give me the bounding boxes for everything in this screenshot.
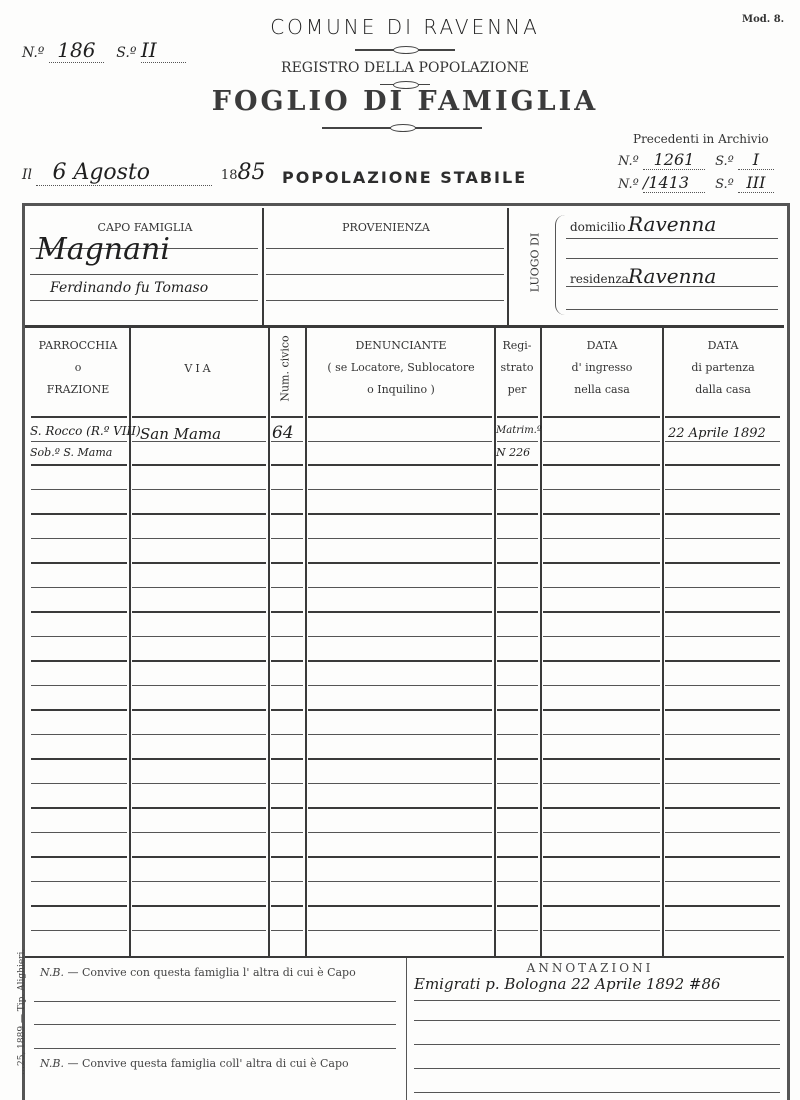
row-line — [31, 930, 127, 931]
row-line — [543, 709, 660, 711]
row-line — [31, 416, 127, 418]
row-line — [665, 660, 780, 662]
col-header-data-partenza: DATA di partenza dalla casa — [663, 335, 783, 401]
line — [414, 1092, 780, 1093]
row-line — [543, 660, 660, 662]
row-line — [308, 807, 492, 809]
row-line — [31, 709, 127, 711]
row-line — [543, 636, 660, 637]
row-line — [665, 562, 780, 564]
col-header-registrato: Regi- strato per — [494, 335, 540, 401]
row-line — [271, 930, 303, 931]
cell-registrato: Matrim.º — [496, 425, 542, 436]
row-line — [132, 660, 266, 662]
row-line — [497, 660, 538, 662]
row-line — [31, 489, 127, 490]
row-line — [497, 807, 538, 809]
row-line — [308, 513, 492, 515]
nb-label: N.B. — — [40, 1057, 79, 1070]
register-title: REGISTRO DELLA POPOLAZIONE — [205, 60, 605, 76]
line — [266, 248, 504, 249]
row-line — [271, 856, 303, 858]
row-line — [308, 441, 492, 442]
row-line — [665, 807, 780, 809]
archive-number-label: N.º — [618, 177, 639, 192]
row-line — [132, 416, 266, 418]
line — [34, 1048, 396, 1049]
row-line — [543, 856, 660, 858]
archive-title: Precedenti in Archivio — [633, 132, 769, 146]
row-line — [497, 832, 538, 833]
line — [414, 1020, 780, 1021]
row-line — [543, 464, 660, 466]
line — [266, 300, 504, 301]
date-line: Il 6 Agosto 1885 — [22, 160, 265, 186]
section-divider — [25, 956, 784, 958]
row-line — [497, 489, 538, 490]
row-line — [132, 807, 266, 809]
archive-number-label: N.º — [618, 154, 639, 169]
nb-label: N.B. — — [40, 966, 79, 979]
row-line — [665, 783, 780, 784]
row-line — [271, 538, 303, 539]
column-divider — [129, 328, 131, 956]
header-line: o Inquilino ) — [306, 379, 496, 401]
row-line — [132, 905, 266, 907]
row-line — [308, 587, 492, 588]
cell-data-partenza: 22 Aprile 1892 — [668, 426, 766, 441]
row-line — [665, 489, 780, 490]
row-line — [497, 856, 538, 858]
row-line — [497, 758, 538, 760]
cell-registrato-2: N 226 — [496, 446, 530, 459]
header-line: strato — [494, 357, 540, 379]
row-line — [132, 513, 266, 515]
row-line — [497, 464, 538, 466]
row-line — [497, 538, 538, 539]
row-line — [132, 783, 266, 784]
row-line — [271, 685, 303, 686]
header-line: d' ingresso — [541, 357, 663, 379]
row-line — [271, 758, 303, 760]
row-line — [665, 513, 780, 515]
row-line — [31, 562, 127, 564]
year-prefix: 18 — [221, 168, 238, 183]
row-line — [271, 513, 303, 515]
row-line — [31, 611, 127, 613]
row-line — [665, 441, 780, 442]
row-line — [543, 562, 660, 564]
line — [266, 274, 504, 275]
column-divider — [540, 328, 542, 956]
row-line — [308, 464, 492, 466]
row-line — [31, 758, 127, 760]
row-line — [497, 930, 538, 931]
col-header-via: VIA — [130, 358, 268, 380]
row-line — [665, 709, 780, 711]
header-line: DENUNCIANTE — [306, 335, 496, 357]
row-line — [271, 881, 303, 882]
row-line — [31, 587, 127, 588]
archive-entry: N.º /1413 S.º III — [618, 173, 774, 193]
header-line: dalla casa — [663, 379, 783, 401]
luogo-di-label: LUOGO DI — [529, 223, 542, 303]
row-line — [543, 807, 660, 809]
row-line — [543, 587, 660, 588]
row-line — [271, 905, 303, 907]
year-suffix: 85 — [237, 160, 265, 185]
row-line — [271, 587, 303, 588]
row-line — [31, 832, 127, 833]
line — [414, 1000, 780, 1001]
header-line: DATA — [663, 335, 783, 357]
row-line — [665, 905, 780, 907]
row-line — [132, 489, 266, 490]
row-line — [665, 832, 780, 833]
row-line — [31, 636, 127, 637]
row-line — [665, 416, 780, 418]
line — [30, 300, 258, 301]
row-line — [271, 734, 303, 735]
line — [414, 1044, 780, 1045]
row-line — [543, 441, 660, 442]
row-line — [497, 734, 538, 735]
row-line — [271, 611, 303, 613]
domicilio-value: Ravenna — [628, 212, 716, 236]
residenza-value: Ravenna — [628, 264, 716, 288]
nb-note-1: N.B. — Convive con questa famiglia l' al… — [40, 966, 356, 979]
series-label: S.º — [116, 45, 136, 61]
row-line — [665, 734, 780, 735]
row-line — [132, 464, 266, 466]
col-header-num-civico: Num. civico — [279, 329, 292, 409]
col-header-data-ingresso: DATA d' ingresso nella casa — [541, 335, 663, 401]
row-line — [271, 832, 303, 833]
row-line — [497, 611, 538, 613]
row-line — [543, 611, 660, 613]
form-number: N.º 186 S.º II — [22, 38, 186, 63]
header-line: ( se Locatore, Sublocatore — [306, 357, 496, 379]
ornament-divider — [322, 127, 482, 129]
column-divider — [662, 328, 664, 956]
row-line — [308, 660, 492, 662]
header-line: Regi- — [494, 335, 540, 357]
row-line — [543, 783, 660, 784]
row-line — [308, 489, 492, 490]
row-line — [543, 416, 660, 418]
domicilio-label: domicilio — [570, 220, 626, 234]
row-line — [497, 513, 538, 515]
column-divider — [406, 958, 407, 1100]
series-value: II — [141, 38, 186, 63]
column-divider — [305, 328, 307, 956]
row-line — [497, 783, 538, 784]
row-line — [271, 783, 303, 784]
archive-series: III — [738, 173, 774, 193]
line — [566, 238, 778, 239]
municipality-title: COMUNE DI RAVENNA — [205, 15, 605, 39]
column-divider — [494, 328, 496, 956]
line — [34, 1001, 396, 1002]
header-line: FRAZIONE — [28, 379, 128, 401]
provenienza-label: PROVENIENZA — [264, 217, 508, 239]
residenza-label: residenza — [570, 272, 629, 286]
date-prefix: Il — [22, 167, 32, 183]
archive-entry: N.º 1261 S.º I — [618, 150, 774, 170]
row-line — [31, 905, 127, 907]
row-line — [132, 709, 266, 711]
col-header-parrocchia: PARROCCHIA o FRAZIONE — [28, 335, 128, 401]
row-line — [543, 930, 660, 931]
row-line — [497, 636, 538, 637]
row-line — [543, 758, 660, 760]
row-line — [665, 930, 780, 931]
line — [30, 274, 258, 275]
row-line — [132, 930, 266, 931]
row-line — [31, 685, 127, 686]
line — [414, 1068, 780, 1069]
row-line — [31, 441, 127, 442]
row-line — [308, 856, 492, 858]
archive-series-label: S.º — [715, 177, 734, 192]
row-line — [31, 513, 127, 515]
row-line — [665, 881, 780, 882]
divider — [507, 208, 509, 325]
row-line — [497, 905, 538, 907]
column-divider — [268, 328, 270, 956]
archive-number: /1413 — [643, 173, 705, 193]
header-line: per — [494, 379, 540, 401]
row-line — [132, 587, 266, 588]
row-line — [308, 538, 492, 539]
header-line: PARROCCHIA — [28, 335, 128, 357]
row-line — [271, 709, 303, 711]
row-line — [132, 636, 266, 637]
population-type: POPOLAZIONE STABILE — [282, 168, 527, 187]
row-line — [543, 881, 660, 882]
row-line — [543, 905, 660, 907]
row-line — [308, 783, 492, 784]
row-line — [308, 685, 492, 686]
row-line — [271, 489, 303, 490]
nb-text: Convive questa famiglia coll' altra di c… — [82, 1057, 349, 1070]
header-line: DATA — [541, 335, 663, 357]
row-line — [31, 734, 127, 735]
row-line — [497, 587, 538, 588]
row-line — [665, 758, 780, 760]
row-line — [31, 856, 127, 858]
row-line — [308, 636, 492, 637]
line — [34, 1024, 396, 1025]
line — [566, 309, 778, 310]
row-line — [543, 832, 660, 833]
row-line — [308, 881, 492, 882]
row-line — [543, 538, 660, 539]
printer-imprint: …25, 1889 — Tip. Alighieri. — [17, 955, 27, 1075]
row-line — [132, 538, 266, 539]
row-line — [497, 441, 538, 442]
model-number: Mod. 8. — [742, 14, 784, 25]
row-line — [308, 832, 492, 833]
row-line — [271, 464, 303, 466]
cell-parrocchia: S. Rocco (R.º VIII) — [30, 424, 141, 438]
row-line — [271, 660, 303, 662]
given-name: Ferdinando fu Tomaso — [50, 280, 208, 296]
archive-number: 1261 — [643, 150, 705, 170]
header-line: o — [28, 357, 128, 379]
row-line — [497, 562, 538, 564]
nb-text: Convive con questa famiglia l' altra di … — [82, 966, 356, 979]
row-line — [665, 587, 780, 588]
row-line — [271, 636, 303, 637]
line — [566, 258, 778, 259]
row-line — [308, 611, 492, 613]
row-line — [665, 538, 780, 539]
row-line — [308, 416, 492, 418]
row-line — [543, 513, 660, 515]
row-line — [132, 734, 266, 735]
row-line — [31, 538, 127, 539]
row-line — [497, 881, 538, 882]
date-day-month: 6 Agosto — [36, 160, 212, 186]
row-line — [132, 832, 266, 833]
row-line — [31, 783, 127, 784]
row-line — [31, 881, 127, 882]
row-line — [271, 807, 303, 809]
row-line — [308, 758, 492, 760]
line — [566, 286, 778, 287]
section-divider — [25, 325, 784, 328]
form-title: FOGLIO DI FAMIGLIA — [100, 86, 710, 117]
row-line — [132, 758, 266, 760]
row-line — [31, 464, 127, 466]
row-line — [132, 685, 266, 686]
row-line — [271, 416, 303, 418]
row-line — [543, 685, 660, 686]
row-line — [308, 709, 492, 711]
ornament-divider — [355, 49, 455, 51]
row-line — [497, 685, 538, 686]
annotazioni-label: ANNOTAZIONI — [410, 961, 770, 975]
row-line — [665, 611, 780, 613]
form-number-value: 186 — [49, 38, 104, 63]
row-line — [31, 807, 127, 809]
row-line — [665, 856, 780, 858]
cell-parrocchia-2: Sob.º S. Mama — [30, 446, 112, 459]
row-line — [665, 636, 780, 637]
surname: Magnani — [36, 232, 170, 267]
archive-series-label: S.º — [715, 154, 734, 169]
row-line — [271, 562, 303, 564]
cell-num-civico: 64 — [272, 423, 294, 443]
row-line — [132, 881, 266, 882]
row-line — [31, 660, 127, 662]
nb-note-2: N.B. — Convive questa famiglia coll' alt… — [40, 1057, 349, 1070]
header-line: nella casa — [541, 379, 663, 401]
row-line — [497, 709, 538, 711]
row-line — [497, 416, 538, 418]
archive-series: I — [738, 150, 774, 170]
row-line — [665, 464, 780, 466]
row-line — [543, 734, 660, 735]
header-line: di partenza — [663, 357, 783, 379]
annotation-text: Emigrati p. Bologna 22 Aprile 1892 #86 — [414, 975, 721, 993]
row-line — [665, 685, 780, 686]
number-label: N.º — [22, 45, 44, 61]
row-line — [308, 905, 492, 907]
row-line — [308, 930, 492, 931]
cell-via: San Mama — [140, 425, 221, 443]
row-line — [308, 562, 492, 564]
row-line — [132, 611, 266, 613]
row-line — [132, 856, 266, 858]
ornament-divider — [380, 84, 430, 85]
row-line — [308, 734, 492, 735]
col-header-denunciante: DENUNCIANTE ( se Locatore, Sublocatore o… — [306, 335, 496, 401]
brace — [555, 215, 566, 315]
row-line — [132, 562, 266, 564]
row-line — [543, 489, 660, 490]
